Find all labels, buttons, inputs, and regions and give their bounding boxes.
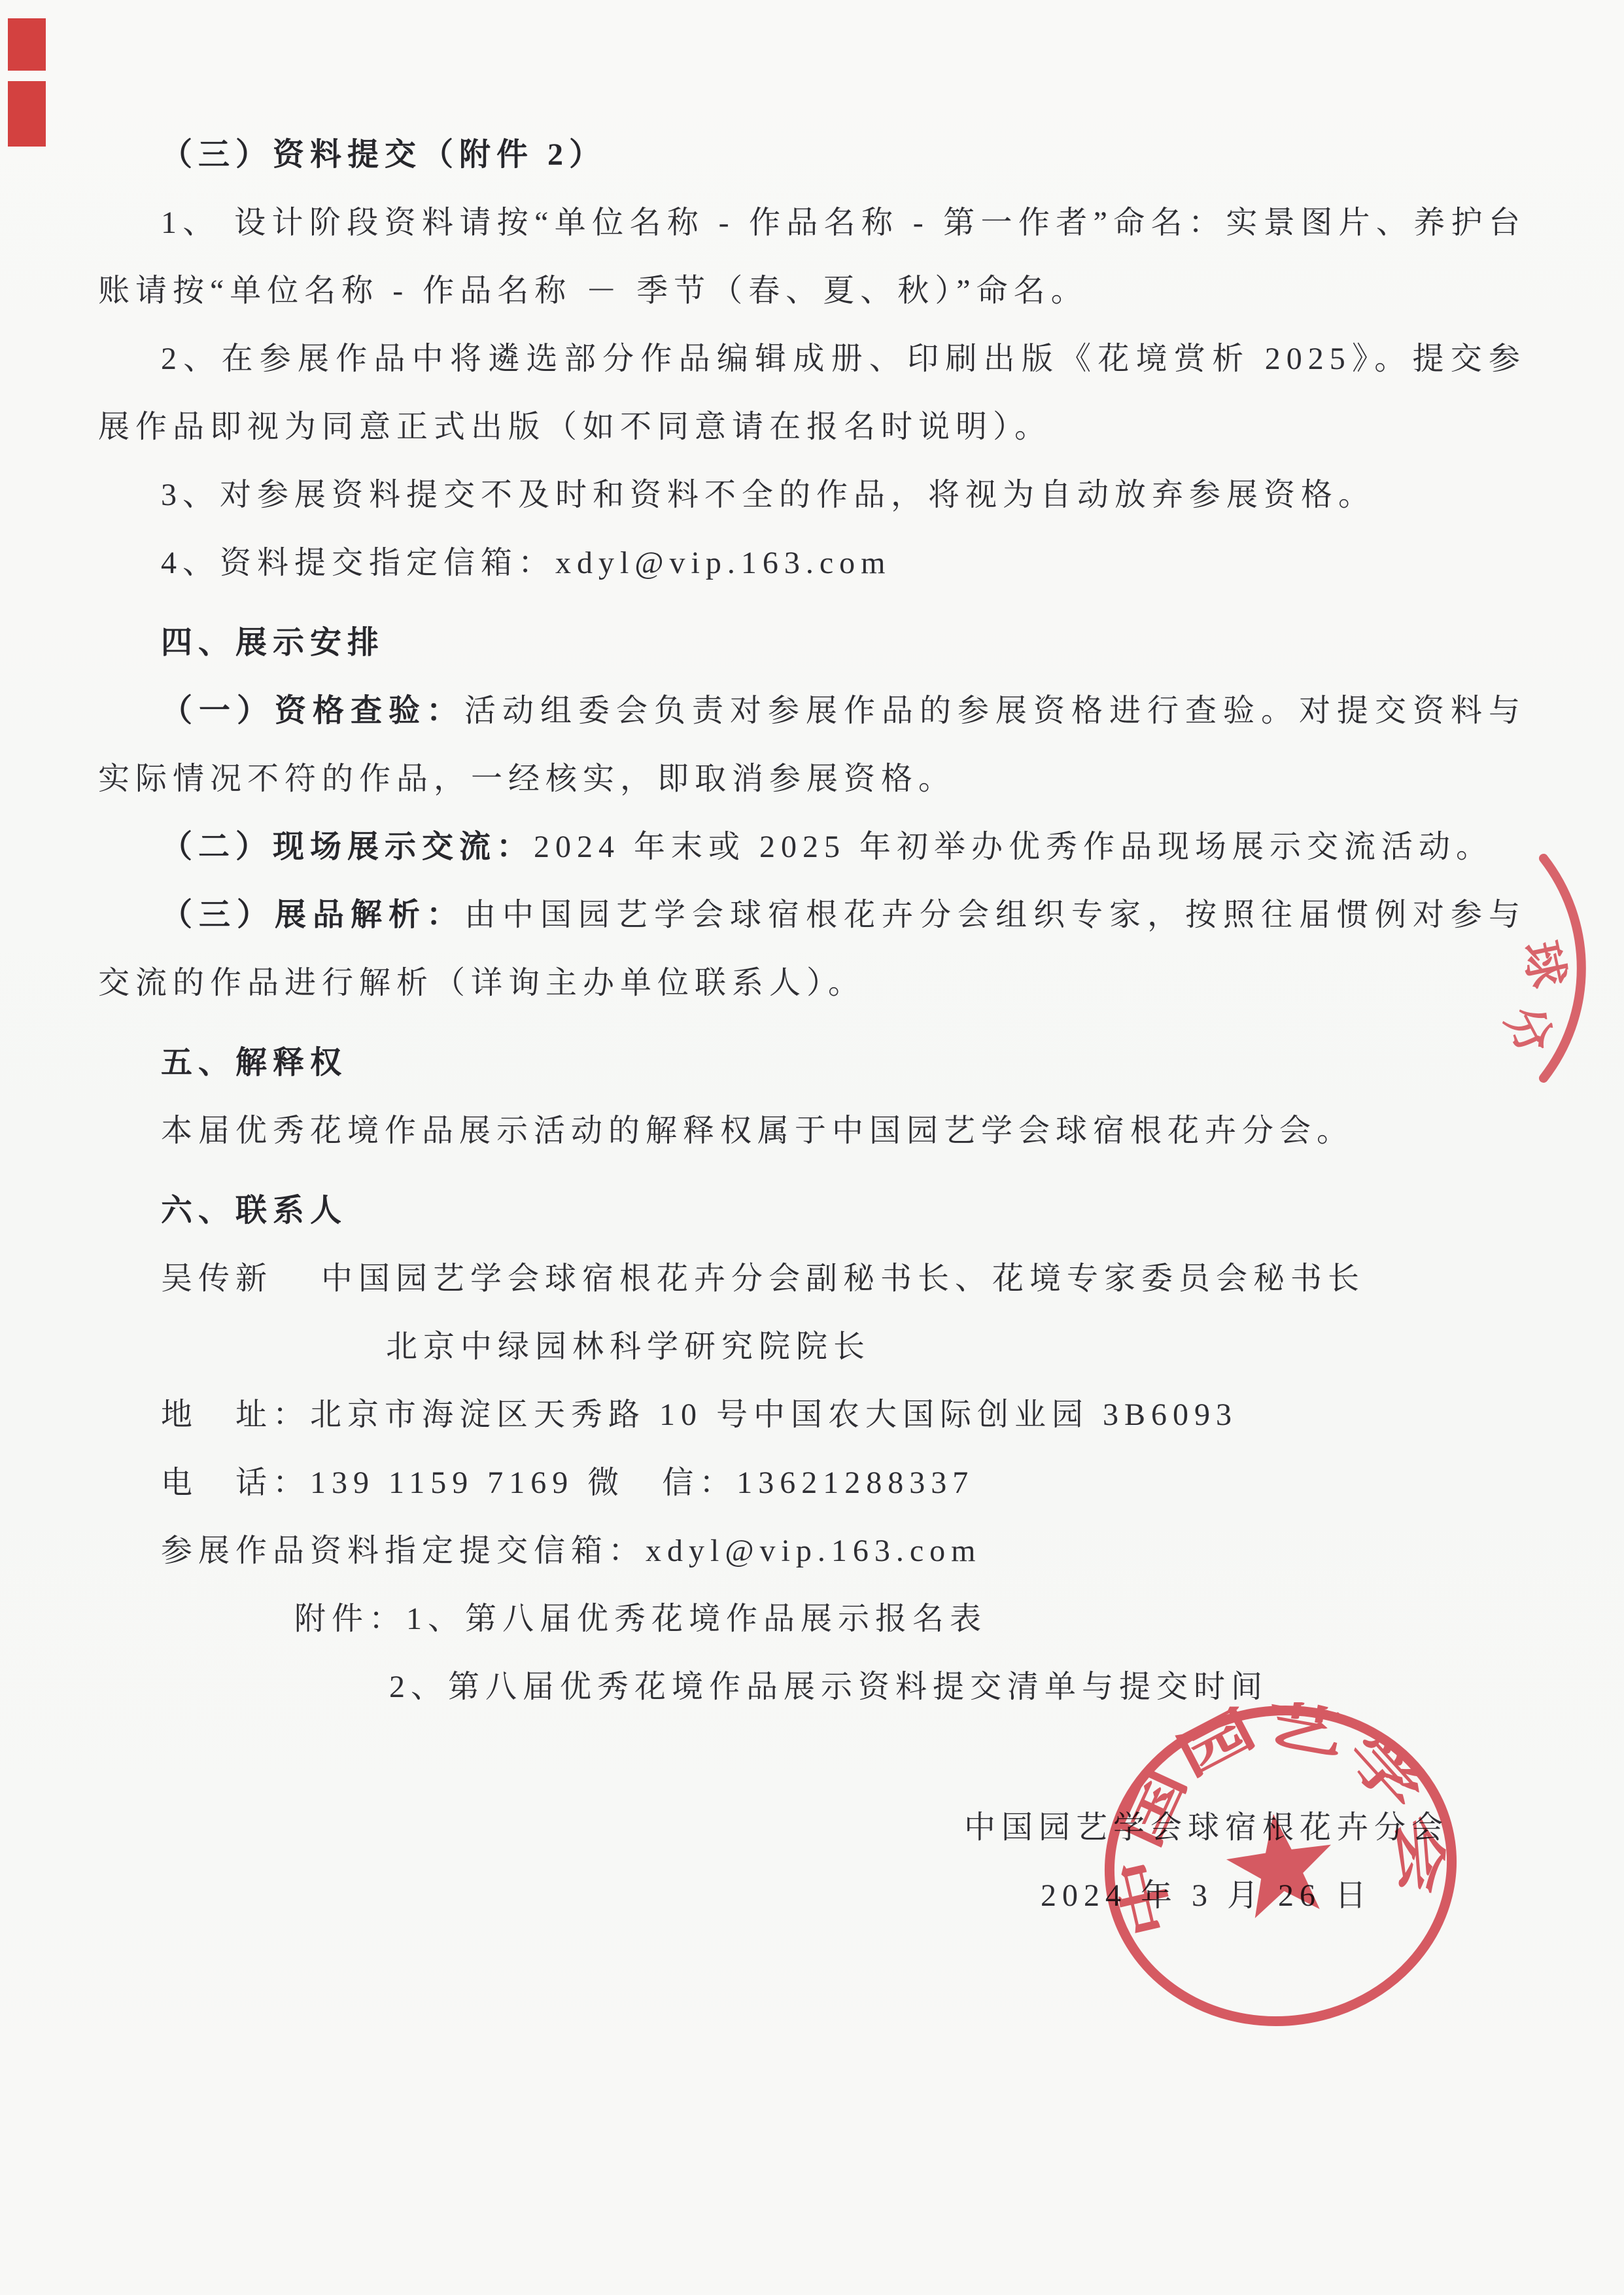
attachment-line-1: 附件：1、第八届优秀花境作品展示报名表 [98, 1585, 1526, 1653]
contact-name: 吴传新 [161, 1261, 273, 1296]
section4-item3: （三）展品解析：由中国园艺学会球宿根花卉分会组织专家，按照往届惯例对参与交流的作… [98, 881, 1526, 1017]
section5-heading: 五、解释权 [98, 1029, 1526, 1097]
signature-org: 中国园艺学会球宿根花卉分会 [964, 1794, 1449, 1862]
section3-item4: 4、资料提交指定信箱：xdyl@vip.163.com [98, 529, 1526, 597]
section4-item1-lead: （一）资格查验： [161, 693, 464, 728]
section3-heading: （三）资料提交（附件 2） [98, 121, 1526, 189]
address-line: 地 址：北京市海淀区天秀路 10 号中国农大国际创业园 3B6093 [98, 1381, 1526, 1449]
section4-item2: （二）现场展示交流：2024 年末或 2025 年初举办优秀作品现场展示交流活动… [98, 813, 1526, 881]
section4-item3-lead: （三）展品解析： [161, 898, 464, 932]
document-body: （三）资料提交（附件 2） 1、 设计阶段资料请按“单位名称 - 作品名称 - … [0, 0, 1624, 1721]
section4-item2-text: 2024 年末或 2025 年初举办优秀作品现场展示交流活动。 [534, 830, 1493, 864]
attachment-line-2: 2、第八届优秀花境作品展示资料提交清单与提交时间 [98, 1653, 1526, 1721]
section4-item1: （一）资格查验：活动组委会负责对参展作品的参展资格进行查验。对提交资料与实际情况… [98, 677, 1526, 813]
contact-line: 吴传新中国园艺学会球宿根花卉分会副秘书长、花境专家委员会秘书长 [98, 1245, 1526, 1313]
signature-block: 中国园艺学会球宿根花卉分会 2024 年 3 月 26 日 [964, 1794, 1449, 1930]
section3-item1: 1、 设计阶段资料请按“单位名称 - 作品名称 - 第一作者”命名：实景图片、养… [98, 189, 1526, 325]
signature-date: 2024 年 3 月 26 日 [964, 1862, 1449, 1930]
section6-heading: 六、联系人 [98, 1177, 1526, 1245]
section3-item2: 2、在参展作品中将遴选部分作品编辑成册、印刷出版《花境赏析 2025》。提交参展… [98, 325, 1526, 461]
section4-item2-lead: （二）现场展示交流： [161, 830, 534, 864]
document-page: （三）资料提交（附件 2） 1、 设计阶段资料请按“单位名称 - 作品名称 - … [0, 0, 1624, 2295]
phone-line: 电 话：139 1159 7169 微 信：13621288337 [98, 1449, 1526, 1517]
email-line: 参展作品资料指定提交信箱：xdyl@vip.163.com [98, 1517, 1526, 1585]
contact-title-2: 北京中绿园林科学研究院院长 [98, 1313, 1526, 1381]
contact-title-1: 中国园艺学会球宿根花卉分会副秘书长、花境专家委员会秘书长 [321, 1261, 1365, 1296]
section5-body: 本届优秀花境作品展示活动的解释权属于中国园艺学会球宿根花卉分会。 [98, 1097, 1526, 1165]
section3-item3: 3、对参展资料提交不及时和资料不全的作品，将视为自动放弃参展资格。 [98, 461, 1526, 529]
section4-heading: 四、展示安排 [98, 609, 1526, 677]
